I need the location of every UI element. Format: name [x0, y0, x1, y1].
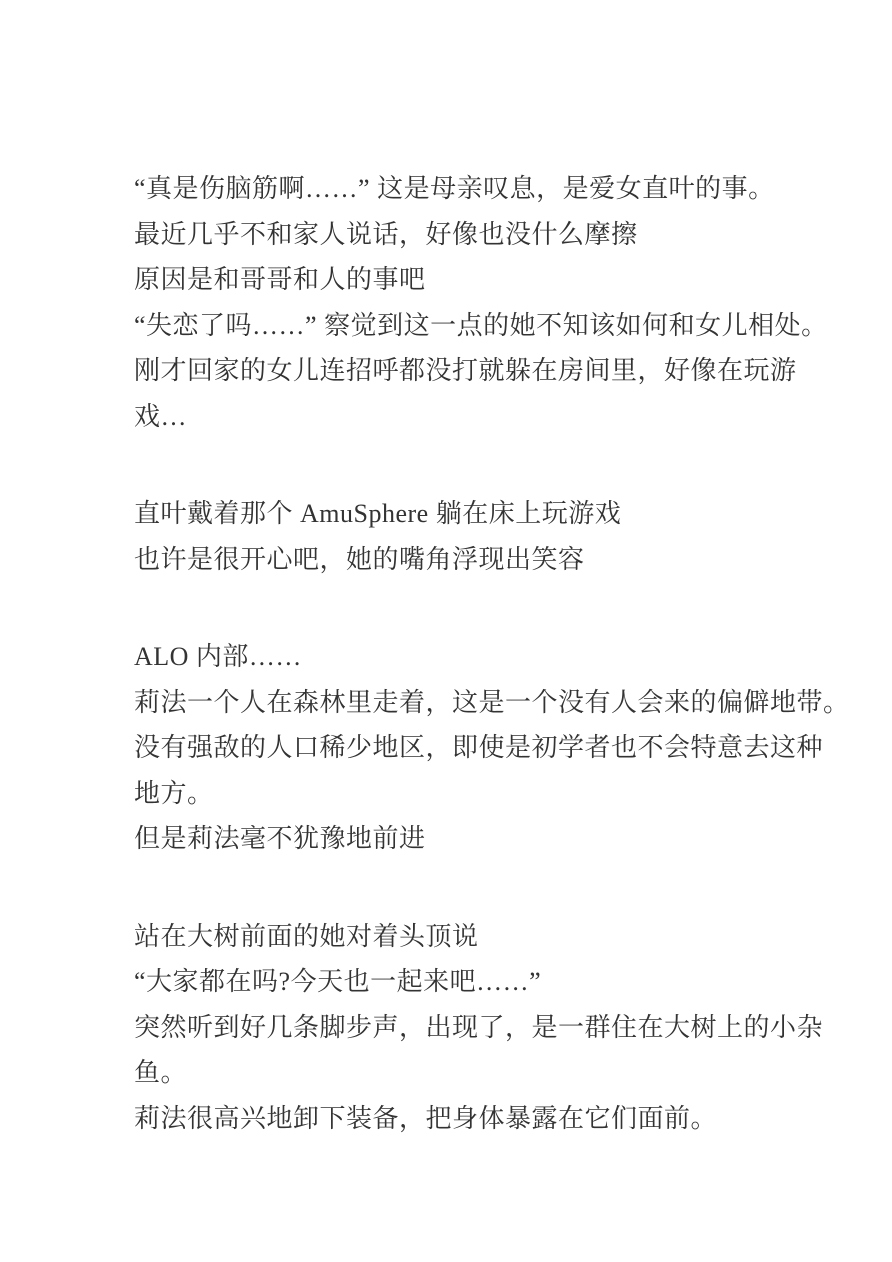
- text-line: 原因是和哥哥和人的事吧: [134, 257, 824, 303]
- text-line: “大家都在吗?今天也一起来吧……”: [134, 959, 824, 1005]
- text-line: 莉法一个人在森林里走着，这是一个没有人会来的偏僻地带。: [134, 680, 824, 726]
- paragraph-block-4: 站在大树前面的她对着头顶说 “大家都在吗?今天也一起来吧……” 突然听到好几条脚…: [134, 914, 824, 1142]
- text-line: 突然听到好几条脚步声，出现了，是一群住在大树上的小杂: [134, 1005, 824, 1051]
- text-line: 地方。: [134, 771, 824, 817]
- text-line: “真是伤脑筋啊……” 这是母亲叹息，是爱女直叶的事。: [134, 166, 824, 212]
- paragraph-block-1: “真是伤脑筋啊……” 这是母亲叹息，是爱女直叶的事。 最近几乎不和家人说话，好像…: [134, 166, 824, 439]
- text-line: 也许是很开心吧，她的嘴角浮现出笑容: [134, 537, 824, 583]
- text-line: 站在大树前面的她对着头顶说: [134, 914, 824, 960]
- text-column: “真是伤脑筋啊……” 这是母亲叹息，是爱女直叶的事。 最近几乎不和家人说话，好像…: [134, 166, 824, 1141]
- text-line: 戏…: [134, 394, 824, 440]
- text-line: 最近几乎不和家人说话，好像也没什么摩擦: [134, 212, 824, 258]
- document-page: “真是伤脑筋啊……” 这是母亲叹息，是爱女直叶的事。 最近几乎不和家人说话，好像…: [0, 0, 892, 1262]
- text-line: 但是莉法毫不犹豫地前进: [134, 816, 824, 862]
- text-line: 直叶戴着那个 AmuSphere 躺在床上玩游戏: [134, 491, 824, 537]
- text-line: ALO 内部……: [134, 634, 824, 680]
- paragraph-block-2: 直叶戴着那个 AmuSphere 躺在床上玩游戏 也许是很开心吧，她的嘴角浮现出…: [134, 491, 824, 582]
- text-line: 刚才回家的女儿连招呼都没打就躲在房间里，好像在玩游: [134, 348, 824, 394]
- text-line: 没有强敌的人口稀少地区，即使是初学者也不会特意去这种: [134, 725, 824, 771]
- paragraph-block-3: ALO 内部…… 莉法一个人在森林里走着，这是一个没有人会来的偏僻地带。 没有强…: [134, 634, 824, 862]
- text-line: “失恋了吗……” 察觉到这一点的她不知该如何和女儿相处。: [134, 303, 824, 349]
- text-line: 鱼。: [134, 1050, 824, 1096]
- text-line: 莉法很高兴地卸下装备，把身体暴露在它们面前。: [134, 1096, 824, 1142]
